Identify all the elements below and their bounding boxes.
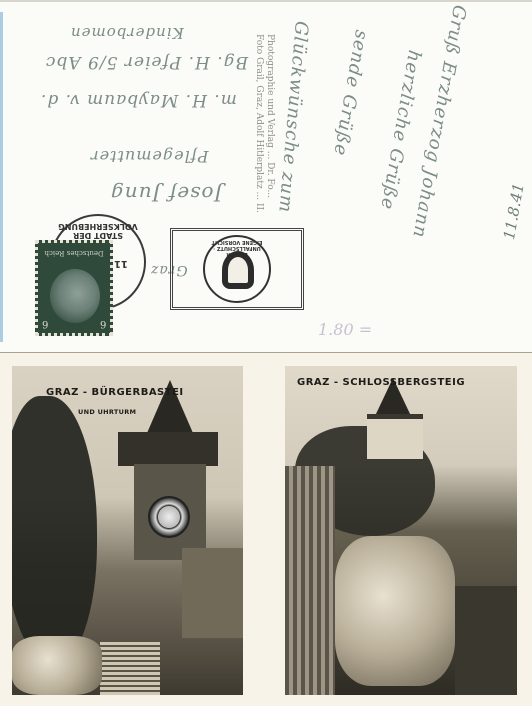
stamp-country: Deutsches Reich (42, 249, 106, 257)
pencil-note: 1.80 = (318, 320, 372, 339)
photo-caption: GRAZ - SCHLOSSBERGSTEIG (297, 370, 465, 389)
handwriting-line: Gruß Erzherzog Johann (408, 3, 470, 240)
cancel-ring: BESTER UNFALLSCHUTZ · EIGENE VORSICHT (203, 235, 271, 303)
stairs (100, 642, 160, 695)
handwriting-line: Bg. H. Pfeier 5/9 Abc (45, 52, 248, 72)
photo-schlossbergsteig: GRAZ - SCHLOSSBERGSTEIG (285, 366, 517, 695)
rock-path (335, 536, 455, 686)
postmark-ring-text: STADT DER VOLKSERHEBUNG (52, 222, 144, 240)
slogan-cancellation: BESTER UNFALLSCHUTZ · EIGENE VORSICHT (170, 228, 304, 310)
edge-mark (0, 12, 3, 342)
postcard-back: Kinderbomen Bg. H. Pfeier 5/9 Abc m. H. … (0, 0, 532, 352)
stamp-portrait (50, 269, 100, 323)
bastion-wall (182, 548, 243, 638)
caption-line: GRAZ - SCHLOSSBERGSTEIG (297, 377, 465, 388)
handwriting-line: m. H. Maybaum v. d. (40, 90, 237, 110)
handwriting-line: Kinderbomen (70, 24, 184, 42)
photo-buergerbastei-uhrturm: GRAZ - BÜRGERBASTEI UND UHRTURM (12, 366, 243, 695)
building-facade (285, 466, 335, 695)
stamp-value: 6 (100, 318, 106, 329)
caption-line: GRAZ - BÜRGERBASTEI (46, 387, 184, 398)
handwriting-line: sende Grüße (329, 28, 372, 157)
imprint-line: Foto Grail, Graz, Adolf Hitlerplatz ... … (254, 34, 264, 213)
handwriting-line: Pflegemutter (90, 147, 208, 166)
imprint-line: Photographie und Verlag ... Dr. Fo... (265, 34, 275, 198)
rock-garden (12, 636, 102, 695)
date-note: 11.8.41 (500, 182, 528, 242)
postage-stamp: Deutsches Reich 6 6 (35, 240, 113, 336)
clock-face (148, 496, 190, 538)
stamp-value: 6 (42, 318, 48, 329)
tree (12, 396, 97, 666)
bell-icon (222, 251, 254, 289)
caption-line: UND UHRTURM (78, 408, 136, 416)
clock-tower-body (367, 414, 423, 459)
photo-caption: GRAZ - BÜRGERBASTEI UND UHRTURM (46, 380, 184, 418)
building-right (455, 586, 517, 695)
clock-tower-gallery (118, 432, 218, 466)
handwriting-line: Josef Jung (110, 182, 223, 206)
